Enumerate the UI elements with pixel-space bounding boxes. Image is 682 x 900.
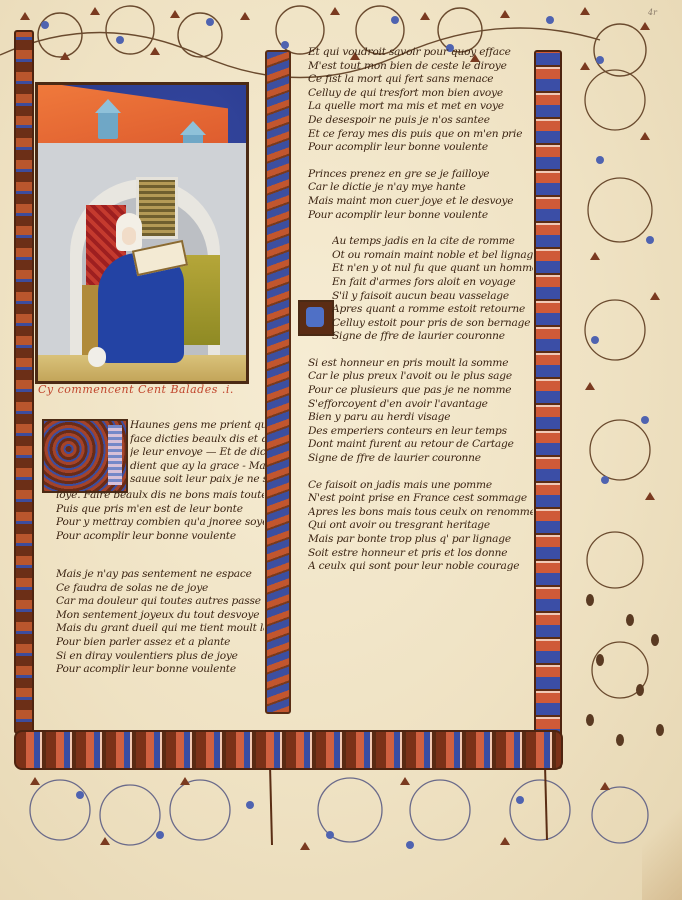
stanza: Princes prenez en gre se je failloye Car…	[308, 168, 533, 222]
miniature-face	[122, 227, 136, 245]
text-line: Pour acomplir leur bonne voulente	[56, 530, 264, 544]
border-bar-right-ivy	[534, 50, 562, 769]
text-line: De desespoir ne puis je n'os santee	[308, 114, 533, 128]
text-line: Si est honneur en pris moult la somme	[308, 357, 533, 371]
text-line: Dont maint furent au retour de Cartage	[308, 438, 533, 452]
text-line: dient que ay la grace - Mais	[130, 460, 265, 474]
text-line: Celluy estoit pour pris de son bernage	[332, 317, 533, 331]
text-line: Ce faisoit on jadis mais une pomme	[308, 479, 533, 493]
text-line: Mais par bonte trop plus q' par lignage	[308, 533, 533, 547]
rubric-heading: Cy commencent Cent Balades .i.	[38, 383, 234, 396]
border-bar-center-twisted	[265, 50, 291, 714]
text-line: je leur envoye — Et de dicties	[130, 446, 265, 460]
text-line: Et ce feray mes dis puis que on m'en pri…	[308, 128, 533, 142]
text-line: Signe de ffre de laurier couronne	[308, 452, 533, 466]
text-line: A ceulx qui sont pour leur noble courage	[308, 560, 533, 574]
text-line: Qui ont avoir ou tresgrant heritage	[308, 519, 533, 533]
text-line: Pour acomplir leur bonne voulente	[308, 141, 533, 155]
stanza: Ce faisoit on jadis mais une pomme N'est…	[308, 479, 533, 574]
decorated-initial-large	[42, 419, 128, 493]
text-line: Puis que pris m'en est de leur bonte	[56, 503, 264, 517]
miniature-dog	[88, 347, 106, 367]
text-line: Celluy de qui tresfort mon bien avoye	[308, 87, 533, 101]
text-line: Car le dictie je n'ay mye hante	[308, 181, 533, 195]
text-line: En fait d'armes fors aloit en voyage	[332, 276, 533, 290]
text-line: ioye. Faire beaulx dis ne bons mais tout…	[56, 489, 264, 503]
text-line: Mais je n'ay pas sentement ne espace	[56, 568, 264, 582]
text-line: Mon sentement joyeux du tout desvoye	[56, 609, 264, 623]
text-line: Si en diray voulentiers plus de joye	[56, 650, 264, 664]
text-line: S'il y faisoit aucun beau vasselage	[332, 290, 533, 304]
left-column-initial-lines: Haunes gens me prient que je face dictie…	[130, 419, 265, 487]
text-line: Pour acomplir leur bonne voulente	[56, 663, 264, 677]
text-line: Et qui voudroit savoir pour quoy efface	[308, 46, 533, 60]
text-line: N'est point prise en France cest sommage	[308, 492, 533, 506]
text-line: Pour bien parler assez et a plante	[56, 636, 264, 650]
text-line: Apres les bons mais tous ceulx on renomm…	[308, 506, 533, 520]
text-line: Haunes gens me prient que je	[130, 419, 265, 433]
text-line: Signe de ffre de laurier couronne	[332, 330, 533, 344]
text-line: Ce fist la mort qui fert sans menace	[308, 73, 533, 87]
text-line: face dicties beaulx dis et q	[130, 433, 265, 447]
left-column-stanza-2: Mais je n'ay pas sentement ne espace Ce …	[56, 568, 264, 677]
manuscript-page: 4r	[0, 0, 682, 900]
text-line: La quelle mort ma mis et met en voye	[308, 100, 533, 114]
text-line: Bien y paru au herdi visage	[308, 411, 533, 425]
stanza: Au temps jadis en la cite de romme Ot ou…	[308, 235, 533, 344]
text-line: S'efforcoyent d'en avoir l'avantage	[308, 398, 533, 412]
text-line: Mais du grant dueil qui me tient moult l…	[56, 622, 264, 636]
text-line: Princes prenez en gre se je failloye	[308, 168, 533, 182]
border-bar-bottom	[14, 730, 563, 770]
miniature-author-portrait	[35, 82, 249, 384]
text-line: Car le plus preux l'avoit ou le plus sag…	[308, 370, 533, 384]
text-line: Au temps jadis en la cite de romme	[332, 235, 533, 249]
stanza: Et qui voudroit savoir pour quoy efface …	[308, 46, 533, 155]
text-line: Soit estre honneur et pris et los donne	[308, 547, 533, 561]
text-line: Ce faudra de solas ne de joye	[56, 582, 264, 596]
text-line: M'est tout mon bien de ceste le diroye	[308, 60, 533, 74]
text-line: sauue soit leur paix je ne sc	[130, 473, 265, 487]
text-line: Pour ce plusieurs que pas je ne nomme	[308, 384, 533, 398]
miniature-dormer-left	[98, 111, 118, 139]
text-line: Mais maint mon cuer joye et le desvoye	[308, 195, 533, 209]
text-line: Pour y mettray combien qu'a jnoree soye	[56, 516, 264, 530]
left-column-stanza-1: ioye. Faire beaulx dis ne bons mais tout…	[56, 489, 264, 543]
text-line: Car ma douleur qui toutes autres passe	[56, 595, 264, 609]
text-line: Apres quant a romme estoit retourne	[332, 303, 533, 317]
text-line: Des emperiers conteurs en leur temps	[308, 425, 533, 439]
border-bar-left	[14, 30, 34, 734]
stanza: Si est honneur en pris moult la somme Ca…	[308, 357, 533, 466]
foliage-border-right	[560, 40, 682, 760]
foliage-border-bottom	[0, 765, 682, 875]
text-line: Pour acomplir leur bonne voulente	[308, 209, 533, 223]
miniature-window	[136, 177, 178, 239]
text-line: Ot ou romain maint noble et bel lignage	[332, 249, 533, 263]
right-column: Et qui voudroit savoir pour quoy efface …	[308, 46, 533, 587]
text-line: Et n'en y ot nul fu que quant un homme	[308, 262, 533, 276]
